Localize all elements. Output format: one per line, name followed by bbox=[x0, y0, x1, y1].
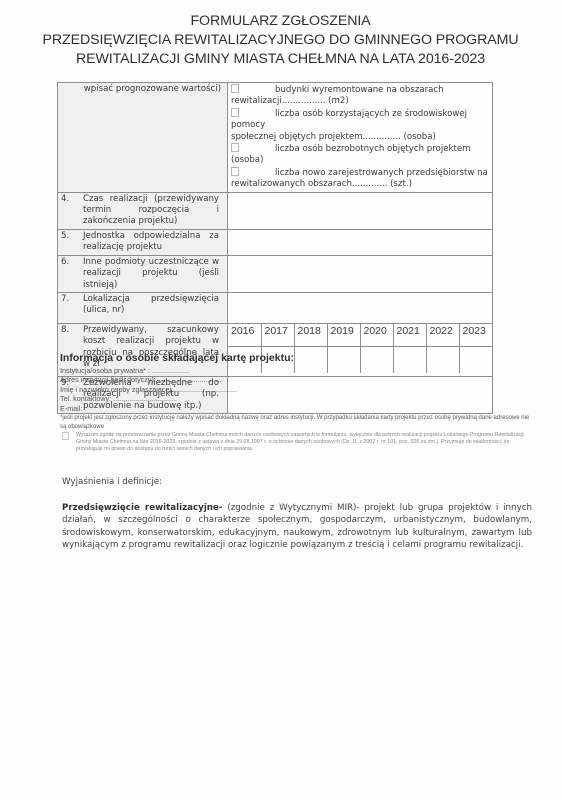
consent-checkbox-icon[interactable] bbox=[62, 432, 69, 440]
definition-text: Przedsięwzięcie rewitalizacyjne- (zgodni… bbox=[62, 502, 532, 552]
indicator-option[interactable]: liczba osób bezrobotnych objętych projek… bbox=[231, 143, 489, 167]
location-field[interactable] bbox=[228, 292, 493, 323]
checkbox-icon[interactable] bbox=[231, 84, 239, 93]
year-header: 2018 bbox=[294, 324, 327, 347]
year-header: 2017 bbox=[261, 324, 294, 347]
years-header-row: 20162017201820192020202120222023 bbox=[228, 324, 492, 347]
definitions-section: Wyjaśnienia i definicje: Przedsięwzięcie… bbox=[62, 476, 532, 552]
checkbox-icon[interactable] bbox=[231, 108, 239, 117]
row-label: 6.Inne podmioty uczestniczące w realizac… bbox=[58, 255, 228, 292]
indicators-label: wpisać prognozowane wartości) bbox=[58, 83, 228, 193]
indicator-option[interactable]: liczba osób korzystających ze środowisko… bbox=[231, 108, 489, 143]
indicator-option[interactable]: liczba nowo zarejestrowanych przedsiębio… bbox=[231, 167, 489, 191]
year-header: 2019 bbox=[327, 324, 360, 347]
definitions-title: Wyjaśnienia i definicje: bbox=[62, 476, 532, 489]
phone-field[interactable]: Tel. kontaktowy: .......................… bbox=[60, 394, 530, 403]
checkbox-icon[interactable] bbox=[231, 143, 239, 152]
form-subtitle-line-2: REWITALIZACJI GMINY MIASTA CHEŁMNA NA LA… bbox=[0, 50, 561, 69]
institution-field[interactable]: Instytucja/osoba prywatna* : ...........… bbox=[60, 366, 530, 375]
indicator-option[interactable]: budynki wyremontowane na obszarachrewita… bbox=[231, 84, 489, 108]
year-header: 2021 bbox=[393, 324, 426, 347]
form-header: FORMULARZ ZGŁOSZENIA PRZEDSIĘWZIĘCIA REW… bbox=[0, 12, 561, 69]
form-title: FORMULARZ ZGŁOSZENIA bbox=[0, 12, 561, 31]
submitter-info-title: Informacja o osobie składającej kartę pr… bbox=[60, 352, 530, 364]
row-label: 4.Czas realizacji (przewidywany termin r… bbox=[58, 192, 228, 229]
responsible-unit-field[interactable] bbox=[228, 229, 493, 255]
table-row: 4.Czas realizacji (przewidywany termin r… bbox=[58, 192, 493, 229]
table-row: 6.Inne podmioty uczestniczące w realizac… bbox=[58, 255, 493, 292]
name-field[interactable]: Imię i nazwisko osoby zgłaszającej: ....… bbox=[60, 385, 530, 394]
submitter-info-section: Informacja o osobie składającej kartę pr… bbox=[60, 352, 530, 432]
address-field[interactable]: Adres instytucji (jeśli dotyczy): ......… bbox=[60, 375, 530, 384]
table-row: 5.Jednostka odpowiedzialna za realizację… bbox=[58, 229, 493, 255]
row-label: 5.Jednostka odpowiedzialna za realizację… bbox=[58, 229, 228, 255]
row-label: 7.Lokalizacja przedsięwzięcia (ulica, nr… bbox=[58, 292, 228, 323]
year-header: 2022 bbox=[426, 324, 459, 347]
table-row-indicators: wpisać prognozowane wartości) budynki wy… bbox=[58, 83, 493, 193]
table-row: 7.Lokalizacja przedsięwzięcia (ulica, nr… bbox=[58, 292, 493, 323]
year-header: 2016 bbox=[228, 324, 261, 347]
year-header: 2023 bbox=[459, 324, 492, 347]
other-entities-field[interactable] bbox=[228, 255, 493, 292]
realization-time-field[interactable] bbox=[228, 192, 493, 229]
year-header: 2020 bbox=[360, 324, 393, 347]
email-field[interactable]: E-mail: bbox=[60, 404, 530, 413]
data-consent: Wyrażam zgodę na przetwarzanie przez Gmi… bbox=[62, 432, 532, 453]
definition-term: Przedsięwzięcie rewitalizacyjne- bbox=[62, 503, 222, 513]
form-subtitle-line-1: PRZEDSIĘWZIĘCIA REWITALIZACYJNEGO DO GMI… bbox=[0, 31, 561, 50]
consent-text: Wyrażam zgodę na przetwarzanie przez Gmi… bbox=[76, 432, 532, 453]
checkbox-icon[interactable] bbox=[231, 167, 239, 176]
indicators-options: budynki wyremontowane na obszarachrewita… bbox=[228, 83, 493, 193]
institution-footnote: *jeśli projekt jest zgłoszony przez inst… bbox=[60, 414, 530, 432]
